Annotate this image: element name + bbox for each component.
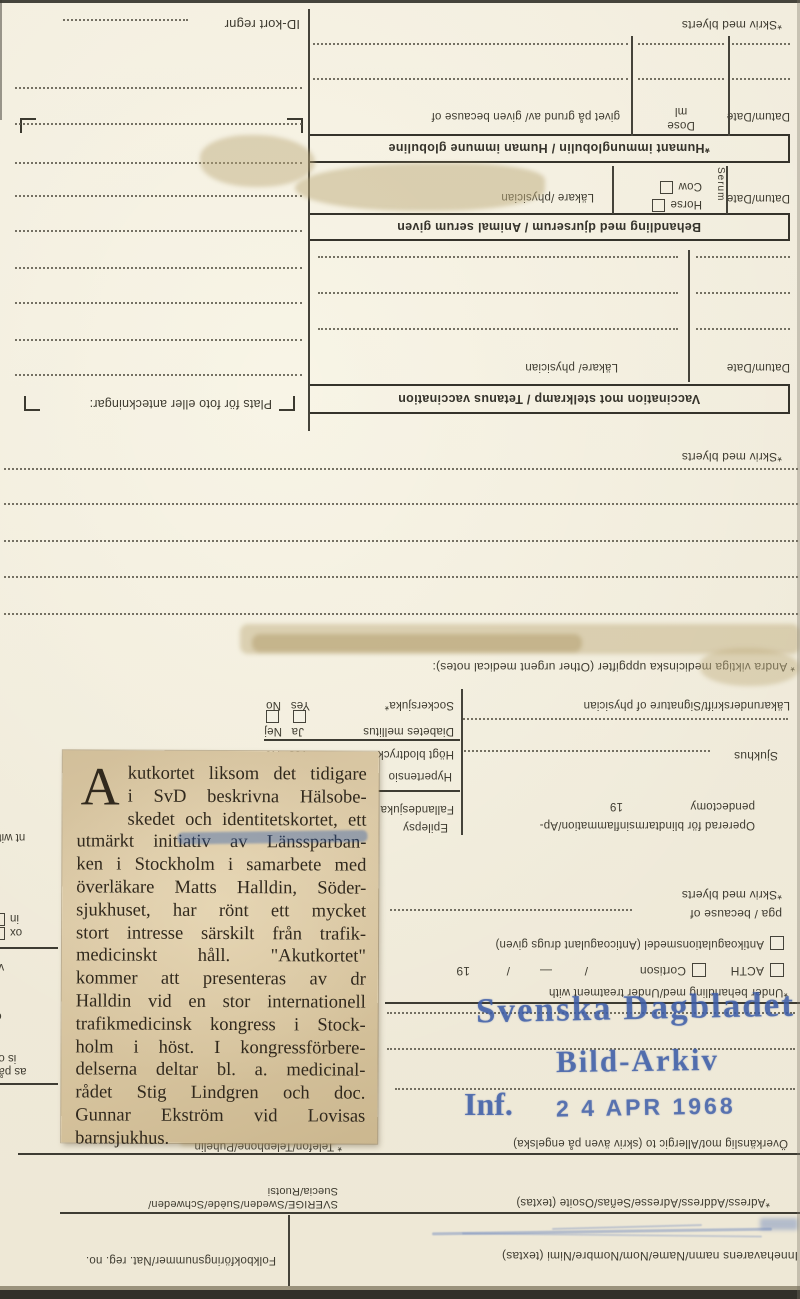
column-divider (688, 250, 690, 382)
clipping-line: Gunnar Ekström vid Lovisas (75, 1104, 365, 1128)
clipping-line: överläkare Matts Halldin, Söder- (76, 876, 366, 900)
clipping-line: ken i Stockholm i samarbete med (76, 854, 366, 878)
rule (264, 739, 460, 741)
photo-corner-mark (24, 396, 40, 411)
photo-corner-mark (279, 396, 295, 411)
epilepsy-sv: Fallandesjuka (380, 802, 454, 815)
dotted-entry-line[interactable] (696, 292, 790, 294)
dotted-entry-line[interactable] (464, 750, 710, 752)
photo-left-edge (0, 0, 2, 120)
dotted-entry-line[interactable] (696, 256, 790, 258)
clipping-line: Halldin vid en stor internationell (76, 990, 366, 1014)
immun-reason-label: givet på grund av/ given because of (431, 109, 620, 122)
photo-corner-mark (20, 118, 36, 133)
idcard-regno-label: ID-kort regnr (224, 16, 300, 31)
edge-fragment: in (0, 912, 62, 926)
rule-fragment (0, 1083, 58, 1085)
serum-vertical-label: Serum (715, 167, 726, 213)
diabetes-ja-checkbox[interactable] (293, 710, 306, 723)
signature-line[interactable] (463, 718, 788, 720)
photo-area-label: Plats för foto eller anteckningar: (89, 397, 272, 411)
photo-bottom-edge (0, 1290, 800, 1299)
pencil-note: *Skriv med blyerts (682, 449, 782, 463)
tape-stain-band-dark (252, 634, 582, 652)
country-line1: SVERIGE/Sweden/Suède/Schweden/ (148, 1197, 338, 1210)
appendectomy-line1: Opererad för blindtarmsinflammation/Ap- (539, 818, 755, 831)
appendectomy-year: 19 (610, 799, 623, 812)
dotted-entry-line[interactable] (696, 328, 790, 330)
tape-stain (700, 648, 800, 686)
anticoagulant-checkbox[interactable] (770, 936, 784, 950)
edge-fragment: ox (0, 926, 62, 940)
dotted-entry-line[interactable] (15, 339, 302, 341)
rule (18, 1153, 800, 1155)
diabetes-la: Diabetes mellitus (363, 724, 454, 737)
edge-fragment: e. (0, 1010, 62, 1022)
archive-stamp-line1: Svenska Dagbladet (476, 985, 796, 1032)
clipping-line: medicinskt håll. "Akutkortet" (76, 945, 366, 969)
dotted-entry-line[interactable] (4, 468, 798, 470)
dotted-entry-line[interactable] (313, 78, 628, 80)
column-divider (728, 36, 730, 136)
cortison-label: Cortison (640, 963, 686, 977)
dotted-entry-line[interactable] (318, 328, 678, 330)
hypertension-la: Hypertensio (388, 769, 452, 782)
immunoglobulin-title: *Humant immunglobulin / Human immune glo… (388, 142, 709, 156)
tetanus-date-label: Datum/Date (727, 360, 790, 373)
edge-fragment: ve (0, 961, 62, 973)
serum-cow-label: Cow (660, 179, 702, 194)
dotted-entry-line[interactable] (318, 292, 678, 294)
edge-fragment: is on (0, 1052, 62, 1064)
dotted-entry-line[interactable] (4, 576, 798, 578)
tape-stain (295, 163, 545, 211)
dotted-entry-line[interactable] (15, 267, 302, 269)
immun-date-label: Datum/Date (727, 109, 790, 122)
date-slash: / (584, 963, 588, 977)
serum-section-header: Behandling med djurserum / Animal serum … (308, 213, 790, 241)
dotted-entry-line[interactable] (732, 43, 790, 45)
column-divider (631, 36, 633, 136)
serum-title: Behandling med djurserum / Animal serum … (397, 220, 701, 234)
yes-label2: Yes (291, 698, 310, 711)
panel-fold-divider (308, 9, 310, 431)
rule-fragment (0, 947, 58, 949)
dose-label-2: ml (638, 104, 724, 117)
ja-label: Ja (291, 724, 304, 737)
date-dash: — (540, 963, 552, 977)
diabetes-sv: Sockersjuka* (384, 698, 454, 711)
cow-checkbox[interactable] (660, 181, 673, 194)
fragment-checkbox[interactable] (0, 913, 5, 926)
newspaper-clipping: A kutkortet liksom det tidigare i SvD be… (61, 750, 379, 1143)
dotted-entry-line[interactable] (638, 43, 724, 45)
dotted-entry-line[interactable] (638, 78, 724, 80)
dotted-entry-line[interactable] (15, 123, 302, 125)
epilepsy-en: Epilepsy (403, 820, 448, 833)
horse-checkbox[interactable] (652, 199, 665, 212)
nej-label: Nej (264, 724, 282, 737)
dotted-entry-line[interactable] (15, 87, 302, 89)
pencil-scribble-blob (760, 1218, 798, 1230)
clipping-line: trafikmedicinsk kongress i Stock- (76, 1013, 366, 1037)
photo-corner-mark (287, 118, 303, 133)
name-row-label: Innehavarens namn/Name/Nom/Nombre/Nimi (… (502, 1248, 798, 1262)
archival-photo-medical-card: Innehavarens namn/Name/Nom/Nombre/Nimi (… (0, 0, 800, 1299)
edge-fragment: nt with (0, 831, 62, 843)
dotted-entry-line[interactable] (395, 1088, 795, 1090)
edge-fragment: as på / (0, 1065, 62, 1077)
dotted-entry-line[interactable] (15, 195, 302, 197)
acth-label: ACTH (731, 963, 764, 977)
dotted-entry-line[interactable] (313, 43, 628, 45)
column-divider (288, 1215, 290, 1291)
tape-stain (200, 135, 315, 187)
dotted-entry-line[interactable] (4, 613, 798, 615)
rule (60, 1212, 800, 1214)
natreg-label: Folkbokföringsnummer/Nat. reg. no. (86, 1253, 276, 1266)
dotted-entry-line[interactable] (63, 19, 188, 21)
archive-stamp-line2: Bild-Arkiv (556, 1042, 719, 1080)
photo-top-edge (0, 0, 800, 3)
dotted-entry-line[interactable] (318, 256, 678, 258)
acth-checkbox[interactable] (770, 963, 784, 977)
anticoagulant-label: Antikoagulationsmedel (Anticoagulant dru… (495, 937, 764, 950)
allergy-label: Överkänslig mot/Allergic to (skriv även … (513, 1136, 788, 1149)
dotted-entry-line[interactable] (4, 503, 798, 505)
dotted-entry-line[interactable] (15, 374, 302, 376)
clipping-line: stort intresse särskilt från trafik- (76, 922, 366, 946)
pencil-note: *Skriv med blyerts (682, 887, 782, 901)
clipping-line: sjukhuset, har rönt ett mycket (76, 899, 366, 923)
blue-pencil-mark (177, 830, 367, 844)
archive-stamp-date: 2 4 APR 1968 (556, 1092, 736, 1122)
diabetes-nej-checkbox[interactable] (266, 710, 279, 723)
serum-horse-label: Horse (652, 197, 702, 212)
pga-label: pga / because of (690, 906, 782, 920)
dotted-entry-line[interactable] (15, 302, 302, 304)
dose-label-1: Dose (638, 118, 724, 131)
clipping-line: kommer att presenteras av dr (76, 968, 366, 992)
drop-cap: A (77, 762, 128, 808)
country-line2: Suecia/Ruotsi (268, 1184, 338, 1197)
dotted-entry-line[interactable] (732, 78, 790, 80)
clipping-line: rådet Stig Lindgren och doc. (75, 1082, 365, 1106)
immunoglobulin-section-header: *Humant immunglobulin / Human immune glo… (308, 134, 790, 163)
tetanus-physician-label: Läkare/ physician (525, 360, 618, 373)
archive-stamp-line3: Inf. (464, 1086, 513, 1123)
column-divider (612, 166, 614, 214)
clipping-line: barnsjukhus. (75, 1127, 365, 1151)
fragment-checkbox[interactable] (0, 927, 5, 940)
date-slash2: / (506, 963, 510, 977)
hypertension-sv: Högt blodtryck* (373, 747, 454, 760)
clipping-line: holm i höst. I kongressförbere- (76, 1036, 366, 1060)
column-divider (461, 689, 463, 835)
tetanus-title: Vaccination mot stelkramp / Tetanus vacc… (398, 392, 700, 406)
clipping-line: delserna deltar bl. a. medicinal- (75, 1059, 365, 1083)
column-divider (726, 166, 728, 214)
signature-label: Läkarunderskrift/Signature of physician (583, 698, 790, 711)
cortison-checkbox[interactable] (692, 963, 706, 977)
pencil-note: *Skriv med blyerts (682, 17, 782, 31)
no-label2: No (266, 698, 281, 711)
year-prefix: 19 (456, 963, 470, 977)
clipping-line: skedet och identitetskortet, ett (77, 808, 367, 832)
appendectomy-line2: pendectomy (690, 799, 755, 812)
hospital-label: Sjukhus (734, 748, 778, 762)
address-label: *Adress/Address/Adresse/Señas/Osoite (te… (516, 1195, 770, 1208)
dotted-entry-line[interactable] (390, 909, 632, 911)
tetanus-section-header: Vaccination mot stelkramp / Tetanus vacc… (308, 384, 790, 414)
serum-date-label: Datum/Date (727, 191, 790, 204)
dotted-entry-line[interactable] (4, 540, 798, 542)
dotted-entry-line[interactable] (15, 230, 302, 232)
